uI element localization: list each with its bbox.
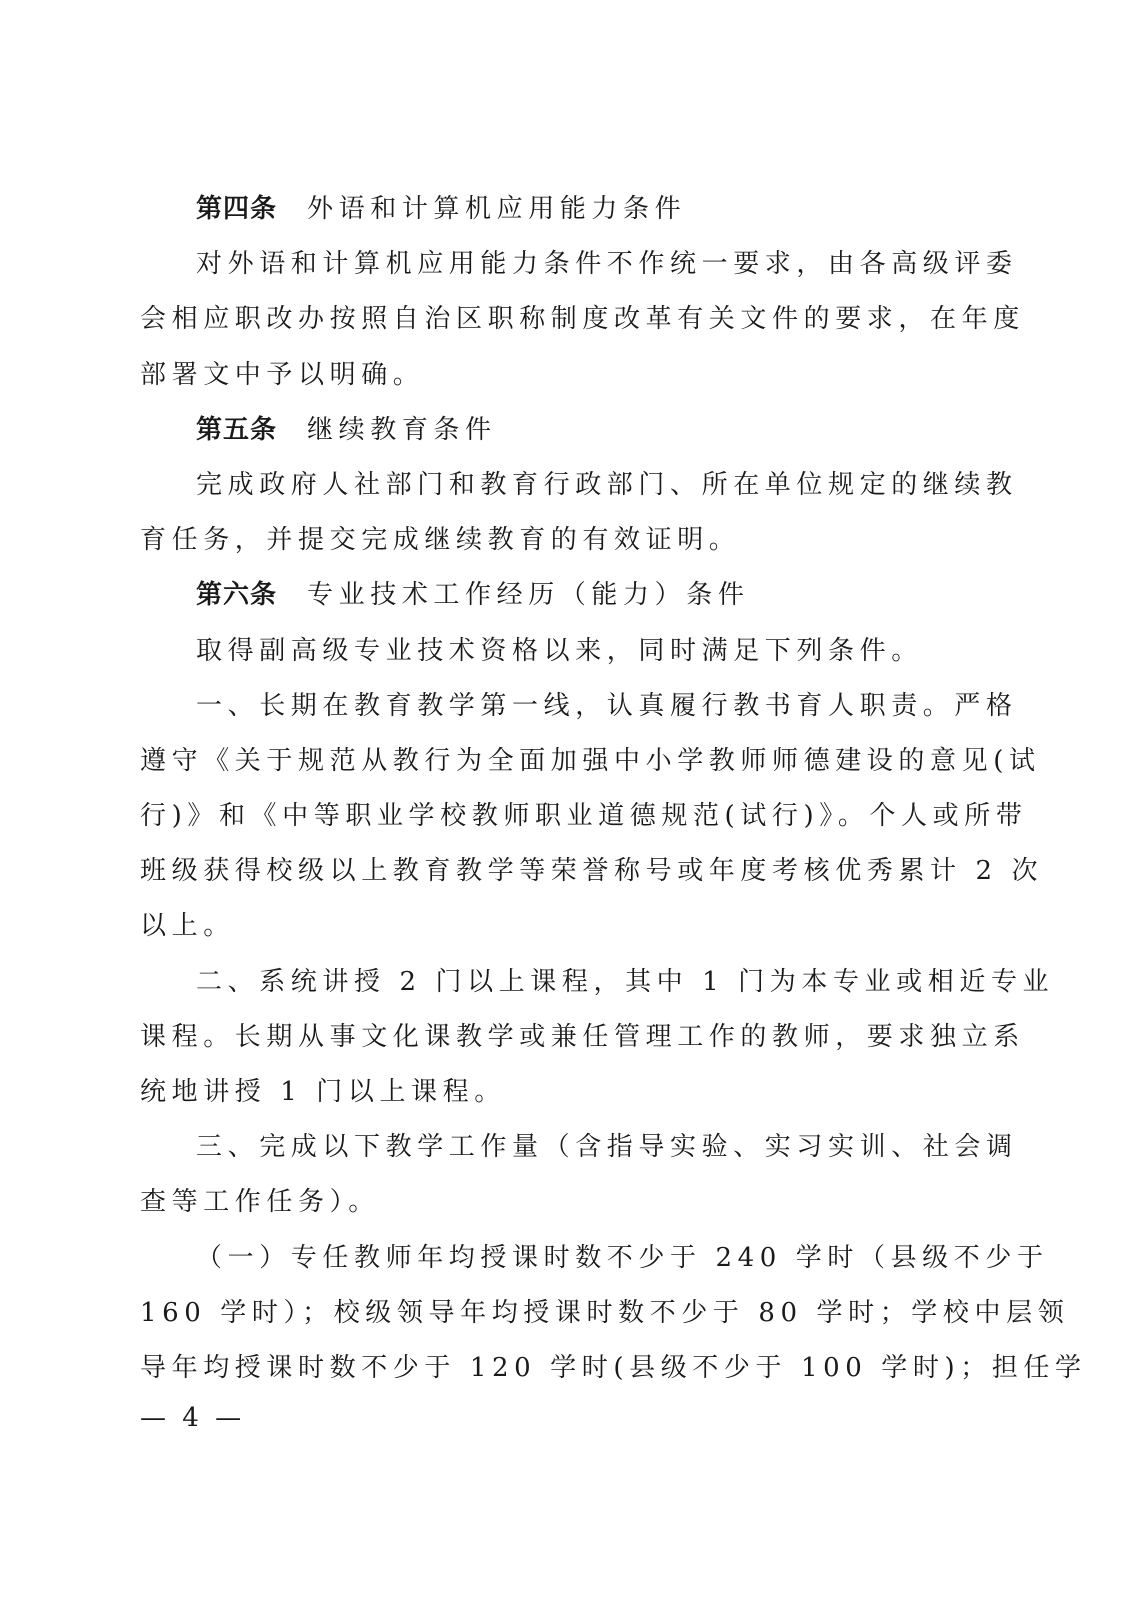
paragraph-line: 完成政府人社部门和教育行政部门、所在单位规定的继续教	[140, 458, 970, 513]
article-heading: 第四条外语和计算机应用能力条件	[140, 182, 970, 237]
paragraph-line: 一、长期在教育教学第一线，认真履行教书育人职责。严格	[140, 679, 970, 734]
article-heading: 第五条继续教育条件	[140, 403, 970, 458]
paragraph-line: 查等工作任务）。	[140, 1175, 970, 1230]
paragraph-line: 统地讲授 1 门以上课程。	[140, 1065, 970, 1120]
paragraph-line: （一）专任教师年均授课时数不少于 240 学时（县级不少于	[140, 1231, 970, 1286]
paragraph-line: 会相应职改办按照自治区职称制度改革有关文件的要求，在年度	[140, 292, 970, 347]
article-title: 继续教育条件	[307, 415, 497, 445]
article-title: 外语和计算机应用能力条件	[307, 194, 686, 224]
paragraph-line: 部署文中予以明确。	[140, 348, 970, 403]
paragraph-line: 以上。	[140, 899, 970, 954]
article-label: 第五条	[196, 415, 277, 445]
article-title: 专业技术工作经历（能力）条件	[307, 580, 749, 610]
paragraph-line: 160 学时）；校级领导年均授课时数不少于 80 学时；学校中层领	[140, 1286, 970, 1341]
paragraph-line: 育任务，并提交完成继续教育的有效证明。	[140, 513, 970, 568]
paragraph-line: 遵守《关于规范从教行为全面加强中小学教师师德建设的意见(试	[140, 734, 970, 789]
page-number: — 4 —	[140, 1400, 245, 1436]
paragraph-line: 行)》和《中等职业学校教师职业道德规范(试行)》。个人或所带	[140, 789, 970, 844]
paragraph-line: 导年均授课时数不少于 120 学时(县级不少于 100 学时)；担任学	[140, 1341, 970, 1396]
paragraph-line: 课程。长期从事文化课教学或兼任管理工作的教师，要求独立系	[140, 1010, 970, 1065]
paragraph-line: 三、完成以下教学工作量（含指导实验、实习实训、社会调	[140, 1120, 970, 1175]
paragraph-line: 取得副高级专业技术资格以来，同时满足下列条件。	[140, 624, 970, 679]
article-label: 第六条	[196, 580, 277, 610]
article-heading: 第六条专业技术工作经历（能力）条件	[140, 568, 970, 623]
paragraph-line: 班级获得校级以上教育教学等荣誉称号或年度考核优秀累计 2 次	[140, 844, 970, 899]
paragraph-line: 对外语和计算机应用能力条件不作统一要求，由各高级评委	[140, 237, 970, 292]
paragraph-line: 二、系统讲授 2 门以上课程，其中 1 门为本专业或相近专业	[140, 955, 970, 1010]
article-label: 第四条	[196, 194, 277, 224]
document-page: 第四条外语和计算机应用能力条件 对外语和计算机应用能力条件不作统一要求，由各高级…	[140, 182, 970, 1396]
